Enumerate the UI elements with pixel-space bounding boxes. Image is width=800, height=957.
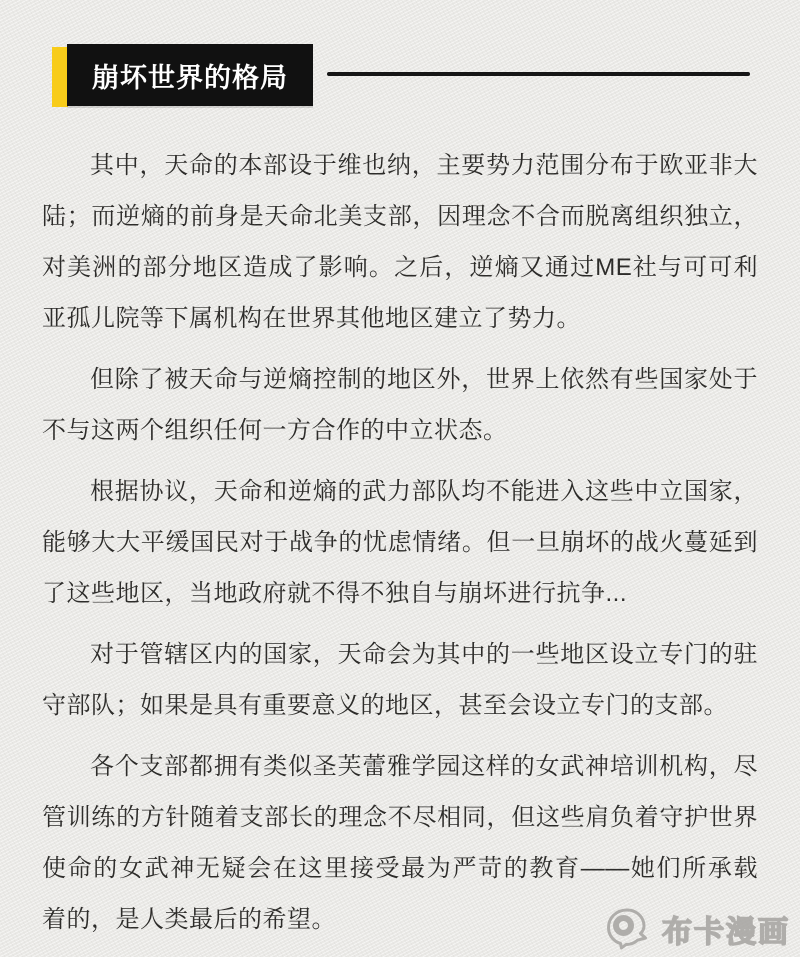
paragraph: 根据协议，天命和逆熵的武力部队均不能进入这些中立国家，能够大大平缓国民对于战争的… [42, 466, 758, 619]
text-line: 守部队；如果是具有重要意义的地区，甚至会设立专门的支部。 [42, 680, 758, 731]
text-line: 各个支部都拥有类似圣芙蕾雅学园这样的女武神培训机构，尽 [42, 741, 758, 792]
watermark: 布卡漫画 [606, 907, 790, 951]
text-line: 使命的女武神无疑会在这里接受最为严苛的教育——她们所承载 [42, 843, 758, 894]
buka-logo-icon [606, 908, 656, 950]
article: 其中，天命的本部设于维也纳，主要势力范围分布于欧亚非大陆；而逆熵的前身是天命北美… [42, 140, 758, 955]
text-line: 其中，天命的本部设于维也纳，主要势力范围分布于欧亚非大 [42, 140, 758, 191]
text-line: 对于管辖区内的国家，天命会为其中的一些地区设立专门的驻 [42, 629, 758, 680]
text-line: 对美洲的部分地区造成了影响。之后，逆熵又通过ME社与可可利 [42, 242, 758, 293]
text-line: 能够大大平缓国民对于战争的忧虑情绪。但一旦崩坏的战火蔓延到 [42, 517, 758, 568]
text-line: 不与这两个组织任何一方合作的中立状态。 [42, 405, 758, 456]
text-line: 但除了被天命与逆熵控制的地区外，世界上依然有些国家处于 [42, 354, 758, 405]
text-line: 管训练的方针随着支部长的理念不尽相同，但这些肩负着守护世界 [42, 792, 758, 843]
title-banner: 崩坏世界的格局 [67, 44, 313, 106]
paragraph: 但除了被天命与逆熵控制的地区外，世界上依然有些国家处于不与这两个组织任何一方合作… [42, 354, 758, 456]
page-title: 崩坏世界的格局 [92, 56, 288, 95]
text-line: 了这些地区，当地政府就不得不独自与崩坏进行抗争... [42, 568, 758, 619]
header-divider-line [327, 72, 750, 76]
text-line: 亚孤儿院等下属机构在世界其他地区建立了势力。 [42, 293, 758, 344]
paragraph: 其中，天命的本部设于维也纳，主要势力范围分布于欧亚非大陆；而逆熵的前身是天命北美… [42, 140, 758, 344]
paragraph: 对于管辖区内的国家，天命会为其中的一些地区设立专门的驻守部队；如果是具有重要意义… [42, 629, 758, 731]
comic-info-page: 崩坏世界的格局 其中，天命的本部设于维也纳，主要势力范围分布于欧亚非大陆；而逆熵… [0, 0, 800, 957]
text-line: 根据协议，天命和逆熵的武力部队均不能进入这些中立国家， [42, 466, 758, 517]
title-accent-bar [52, 47, 68, 107]
watermark-label: 布卡漫画 [662, 907, 790, 951]
text-line: 陆；而逆熵的前身是天命北美支部，因理念不合而脱离组织独立， [42, 191, 758, 242]
